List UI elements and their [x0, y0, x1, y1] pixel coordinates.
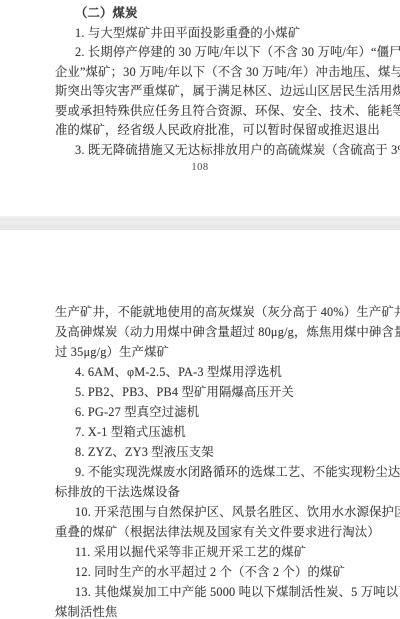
text-line: 9. 不能实现洗煤废水闭路循环的选煤工艺、不能实现粉尘达 — [55, 462, 351, 482]
text-line: 4. 6AM、φM-2.5、PA-3 型煤用浮选机 — [55, 362, 351, 382]
text-line: 3. 既无降硫措施又无达标排放用户的高硫煤炭（含硫高于 3%） — [55, 141, 351, 161]
text-line: 企业”煤矿；30 万吨/年以下（不含 30 万吨/年）冲击地压、煤与瓦 — [55, 63, 351, 83]
text-line: 过 35μg/g）生产煤矿 — [55, 342, 351, 362]
text-line: 重叠的煤矿（根据法律法规及国家有关文件要求进行淘汰） — [55, 522, 351, 542]
text-line: 8. ZYZ、ZY3 型液压支架 — [55, 442, 351, 462]
text-line: 准的煤矿，经省级人民政府批准，可以暂时保留或推迟退出 — [55, 121, 351, 141]
text-line: 6. PG-27 型真空过滤机 — [55, 402, 351, 422]
text-line: （二）煤炭 — [55, 4, 351, 24]
text-line: 7. X-1 型箱式压滤机 — [55, 422, 351, 442]
text-line: 5. PB2、PB3、PB4 型矿用隔爆高压开关 — [55, 382, 351, 402]
document-page-108: （二）煤炭1. 与大型煤矿井田平面投影重叠的小煤矿2. 长期停产停建的 30 万… — [0, 0, 400, 216]
text-line: 生产矿井，不能就地使用的高灰煤炭（灰分高于 40%）生产矿井以 — [55, 302, 351, 322]
page-next-text-block: 生产矿井，不能就地使用的高灰煤炭（灰分高于 40%）生产矿井以及高砷煤炭（动力用… — [55, 302, 351, 619]
text-line: 要或承担特殊供应任务且符合资源、环保、安全、技术、能耗等标 — [55, 102, 351, 122]
text-line: 12. 同时生产的水平超过 2 个（不含 2 个）的煤矿 — [55, 562, 351, 582]
text-line: 斯突出等灾害严重煤矿，属于满足林区、边远山区居民生活用煤需 — [55, 82, 351, 102]
text-line: 煤制活性焦 — [55, 602, 351, 619]
text-line: 1. 与大型煤矿井田平面投影重叠的小煤矿 — [55, 24, 351, 44]
document-page-next: 生产矿井，不能就地使用的高灰煤炭（灰分高于 40%）生产矿井以及高砷煤炭（动力用… — [0, 230, 400, 619]
text-line: 标排放的干法选煤设备 — [55, 482, 351, 502]
text-line: 10. 开采范围与自然保护区、风景名胜区、饮用水水源保护区 — [55, 502, 351, 522]
page-number: 108 — [0, 162, 400, 173]
text-line: 及高砷煤炭（动力用煤中砷含量超过 80μg/g，炼焦用煤中砷含量超 — [55, 322, 351, 342]
text-line: 2. 长期停产停建的 30 万吨/年以下（不含 30 万吨/年）“僵尸 — [55, 43, 351, 63]
text-line: 13. 其他煤炭加工中产能 5000 吨以下煤制活性炭、5 万吨以下 — [55, 582, 351, 602]
text-line: 11. 采用以掘代采等非正规开采工艺的煤矿 — [55, 542, 351, 562]
page-108-text-block: （二）煤炭1. 与大型煤矿井田平面投影重叠的小煤矿2. 长期停产停建的 30 万… — [55, 4, 351, 160]
page-gap-divider — [0, 216, 400, 230]
